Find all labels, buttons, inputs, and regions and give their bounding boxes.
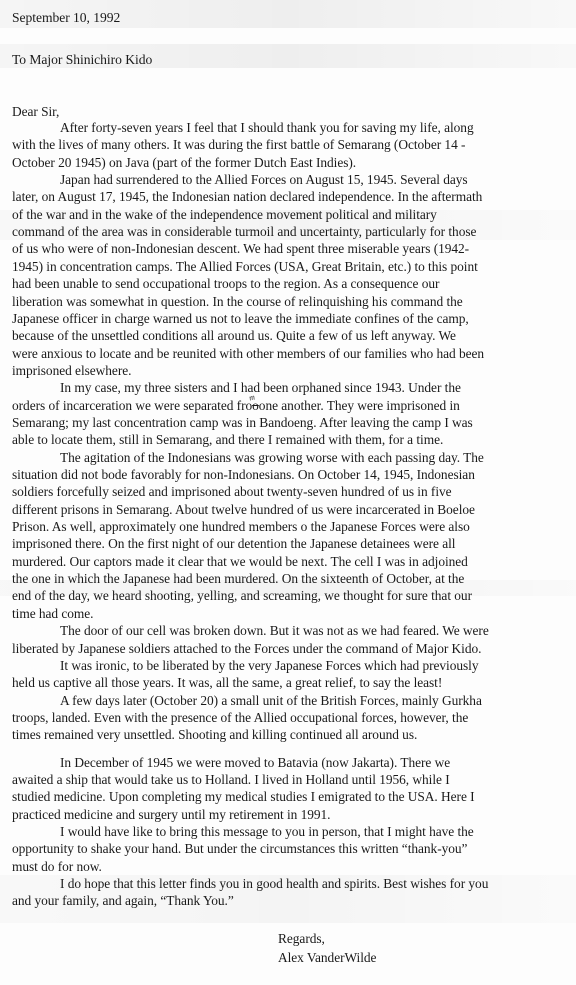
- letter-line: The door of our cell was broken down. Bu…: [60, 622, 489, 639]
- handwritten-correction: om: [252, 397, 259, 414]
- letter-line: Japan had surrendered to the Allied Forc…: [60, 171, 468, 188]
- letter-line: I would have like to bring this message …: [60, 823, 474, 840]
- letter-line: held us captive all those years. It was,…: [12, 674, 442, 691]
- letter-recipient: To Major Shinichiro Kido: [12, 51, 152, 68]
- letter-line: different prisons in Semarang. About twe…: [12, 501, 475, 518]
- letter-line: After forty-seven years I feel that I sh…: [60, 119, 474, 136]
- letter-line: soldiers forcefully seized and imprisone…: [12, 483, 452, 500]
- letter-line: opportunity to shake your hand. But unde…: [12, 840, 467, 857]
- line-text: orders of incarceration we were separate…: [12, 398, 252, 413]
- letter-line: In December of 1945 we were moved to Bat…: [60, 754, 450, 771]
- letter-line: practiced medicine and surgery until my …: [12, 806, 330, 823]
- letter-line: awaited a ship that would take us to Hol…: [12, 771, 450, 788]
- letter-line: because of the unsettled conditions all …: [12, 327, 456, 344]
- letter-line: were anxious to locate and be reunited w…: [12, 345, 484, 362]
- letter-line: A few days later (October 20) a small un…: [60, 692, 482, 709]
- letter-line: the one in which the Japanese had been m…: [12, 570, 464, 587]
- letter-line: times remained very unsettled. Shooting …: [12, 726, 417, 743]
- letter-line: It was ironic, to be liberated by the ve…: [60, 657, 478, 674]
- letter-signature: Alex VanderWilde: [278, 949, 376, 966]
- letter-line: Japanese officer in charge warned us not…: [12, 310, 469, 327]
- letter-line: command of the area was in considerable …: [12, 223, 476, 240]
- letter-line: liberation was somewhat in question. In …: [12, 293, 463, 310]
- letter-line: October 20 1945) on Java (part of the fo…: [12, 154, 356, 171]
- letter-page: September 10, 1992 To Major Shinichiro K…: [0, 0, 576, 985]
- letter-line: orders of incarceration we were separate…: [12, 397, 460, 414]
- letter-line: situation did not bode favorably for non…: [12, 466, 475, 483]
- letter-line: end of the day, we heard shooting, yelli…: [12, 587, 472, 604]
- letter-line: of the war and in the wake of the indepe…: [12, 206, 437, 223]
- letter-line: The agitation of the Indonesians was gro…: [60, 449, 484, 466]
- letter-line: imprisoned elsewhere.: [12, 362, 131, 379]
- letter-salutation: Dear Sir,: [12, 103, 59, 120]
- letter-line: In my case, my three sisters and I had b…: [60, 379, 461, 396]
- letter-line: must do for now.: [12, 858, 102, 875]
- letter-closing: Regards,: [278, 930, 325, 947]
- letter-line: troops, landed. Even with the presence o…: [12, 709, 468, 726]
- letter-line: Semarang; my last concentration camp was…: [12, 414, 473, 431]
- letter-line: murdered. Our captors made it clear that…: [12, 553, 468, 570]
- letter-line: liberated by Japanese soldiers attached …: [12, 640, 481, 657]
- letter-line: Prison. As well, approximately one hundr…: [12, 518, 470, 535]
- letter-line: later, on August 17, 1945, the Indonesia…: [12, 188, 482, 205]
- letter-line: with the lives of many others. It was du…: [12, 136, 465, 153]
- letter-line: had been unable to send occupational tro…: [12, 275, 439, 292]
- letter-line: studied medicine. Upon completing my med…: [12, 788, 475, 805]
- letter-line: 1945) in concentration camps. The Allied…: [12, 258, 478, 275]
- letter-line: able to locate them, still in Semarang, …: [12, 431, 443, 448]
- letter-line: imprisoned there. On the first night of …: [12, 535, 455, 552]
- letter-date: September 10, 1992: [12, 9, 120, 26]
- letter-line: and your family, and again, “Thank You.”: [12, 892, 234, 909]
- line-text: one another. They were imprisoned in: [259, 398, 460, 413]
- letter-line: time had come.: [12, 605, 93, 622]
- letter-line: I do hope that this letter finds you in …: [60, 875, 488, 892]
- letter-line: of us who were of non-Indonesian descent…: [12, 240, 469, 257]
